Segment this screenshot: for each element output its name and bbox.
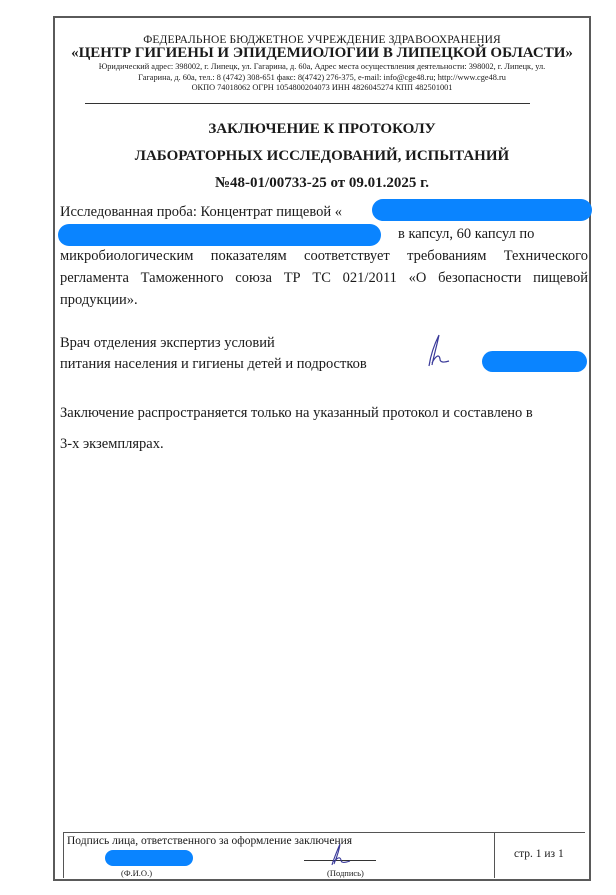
doctor-title-line2: питания населения и гигиены детей и подр…	[60, 356, 367, 373]
scope-note-line2: 3-х экземплярах.	[60, 436, 164, 453]
footer-left-edge	[63, 832, 64, 878]
org-address-line2: Гагарина, д. 60а, тел.: 8 (4742) 308-651…	[56, 73, 588, 82]
doctor-title-line1: Врач отделения экспертиз условий	[60, 335, 275, 352]
capsule-count-line: в капсул, 60 капсул по	[398, 226, 534, 243]
footer-divider	[494, 832, 495, 878]
doctor-signature-icon	[425, 333, 455, 369]
sample-line: Исследованная проба: Концентрат пищевой …	[60, 204, 342, 221]
redacted-product-name-2	[58, 224, 381, 246]
org-name: «ЦЕНТР ГИГИЕНЫ И ЭПИДЕМИОЛОГИИ В ЛИПЕЦКО…	[56, 45, 588, 62]
protocol-number: №48-01/00733-25 от 09.01.2025 г.	[56, 175, 588, 192]
org-codes: ОКПО 74018062 ОГРН 1054800204073 ИНН 482…	[56, 83, 588, 92]
scope-note-line1: Заключение распространяется только на ук…	[60, 405, 533, 422]
fio-caption: (Ф.И.О.)	[121, 868, 152, 878]
conclusion-line5: продукции».	[60, 292, 138, 309]
redacted-product-name-1	[372, 199, 592, 221]
redacted-doctor-name	[482, 351, 587, 372]
header-divider	[85, 103, 530, 104]
signature-caption: (Подпись)	[327, 868, 364, 878]
conclusion-line4: регламента Таможенного союза ТР ТС 021/2…	[60, 270, 588, 287]
conclusion-line3: микробиологическим показателям соответст…	[60, 248, 588, 265]
redacted-responsible-name	[105, 850, 193, 866]
responsible-signature-icon	[328, 843, 354, 867]
org-address-line1: Юридический адрес: 398002, г. Липецк, ул…	[56, 62, 588, 71]
doc-title-line2: ЛАБОРАТОРНЫХ ИССЛЕДОВАНИЙ, ИСПЫТАНИЙ	[56, 148, 588, 165]
page-number: стр. 1 из 1	[514, 848, 564, 860]
responsible-signature-label: Подпись лица, ответственного за оформлен…	[67, 835, 352, 847]
doc-title-line1: ЗАКЛЮЧЕНИЕ К ПРОТОКОЛУ	[56, 121, 588, 138]
